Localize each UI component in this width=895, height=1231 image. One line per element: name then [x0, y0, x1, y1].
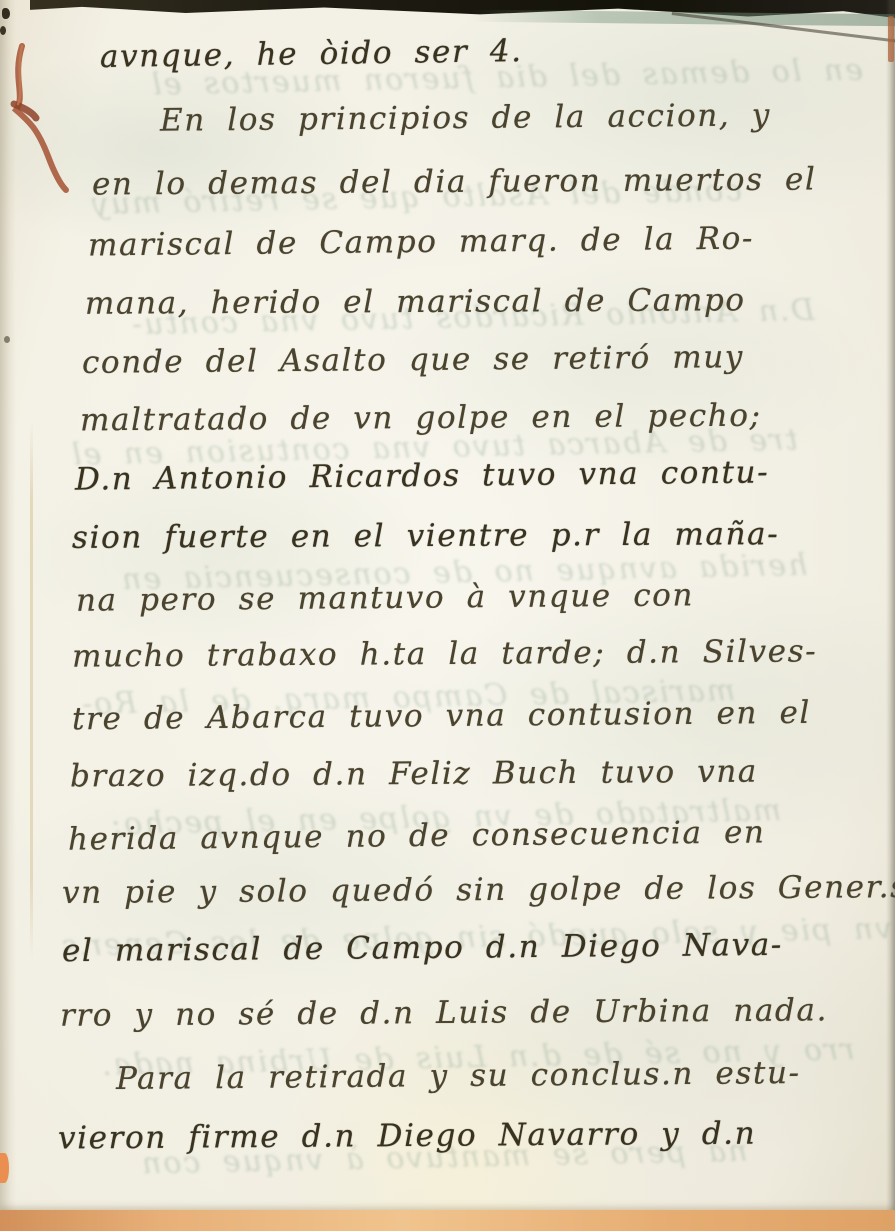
manuscript-line: rro y no sé de d.n Luis de Urbina nada.: [60, 992, 828, 1033]
manuscript-page: en lo demas del dia fueron muertos el co…: [0, 0, 895, 1231]
manuscript-line: na pero se mantuvo à vnque con: [76, 577, 694, 618]
manuscript-line: maltratado de vn golpe en el pecho;: [80, 398, 762, 439]
manuscript-line: tre de Abarca tuvo vna contusion en el: [72, 695, 811, 737]
manuscript-line: mucho trabaxo h.ta la tarde; d.n Silves-: [72, 633, 817, 674]
manuscript-line: vieron firme d.n Diego Navarro y d.n: [58, 1116, 756, 1157]
manuscript-line: avnque, he òido ser 4.: [100, 33, 523, 75]
manuscript-line: D.n Antonio Ricardos tuvo vna contu-: [75, 454, 770, 497]
manuscript-line: en lo demas del dia fueron muertos el: [92, 161, 817, 202]
manuscript-line: sion fuerte en el vientre p.r la maña-: [72, 516, 779, 556]
manuscript-text: avnque, he òido ser 4. En los principios…: [0, 0, 895, 1231]
manuscript-line: herida avnque no de consecuencia en: [68, 814, 766, 857]
manuscript-line: el mariscal de Campo d.n Diego Nava-: [62, 927, 783, 969]
manuscript-line: brazo izq.do d.n Feliz Buch tuvo vna: [70, 754, 758, 795]
manuscript-line: mariscal de Campo marq. de la Ro-: [88, 221, 754, 264]
manuscript-line: conde del Asalto que se retiró muy: [82, 339, 744, 381]
manuscript-line: mana, herido el mariscal de Campo: [85, 282, 746, 321]
manuscript-line: Para la retirada y su conclus.n estu-: [116, 1055, 801, 1097]
manuscript-line: En los principios de la accion, y: [160, 97, 771, 138]
manuscript-line: vn pie y solo quedó sin golpe de los Gen…: [62, 869, 895, 911]
